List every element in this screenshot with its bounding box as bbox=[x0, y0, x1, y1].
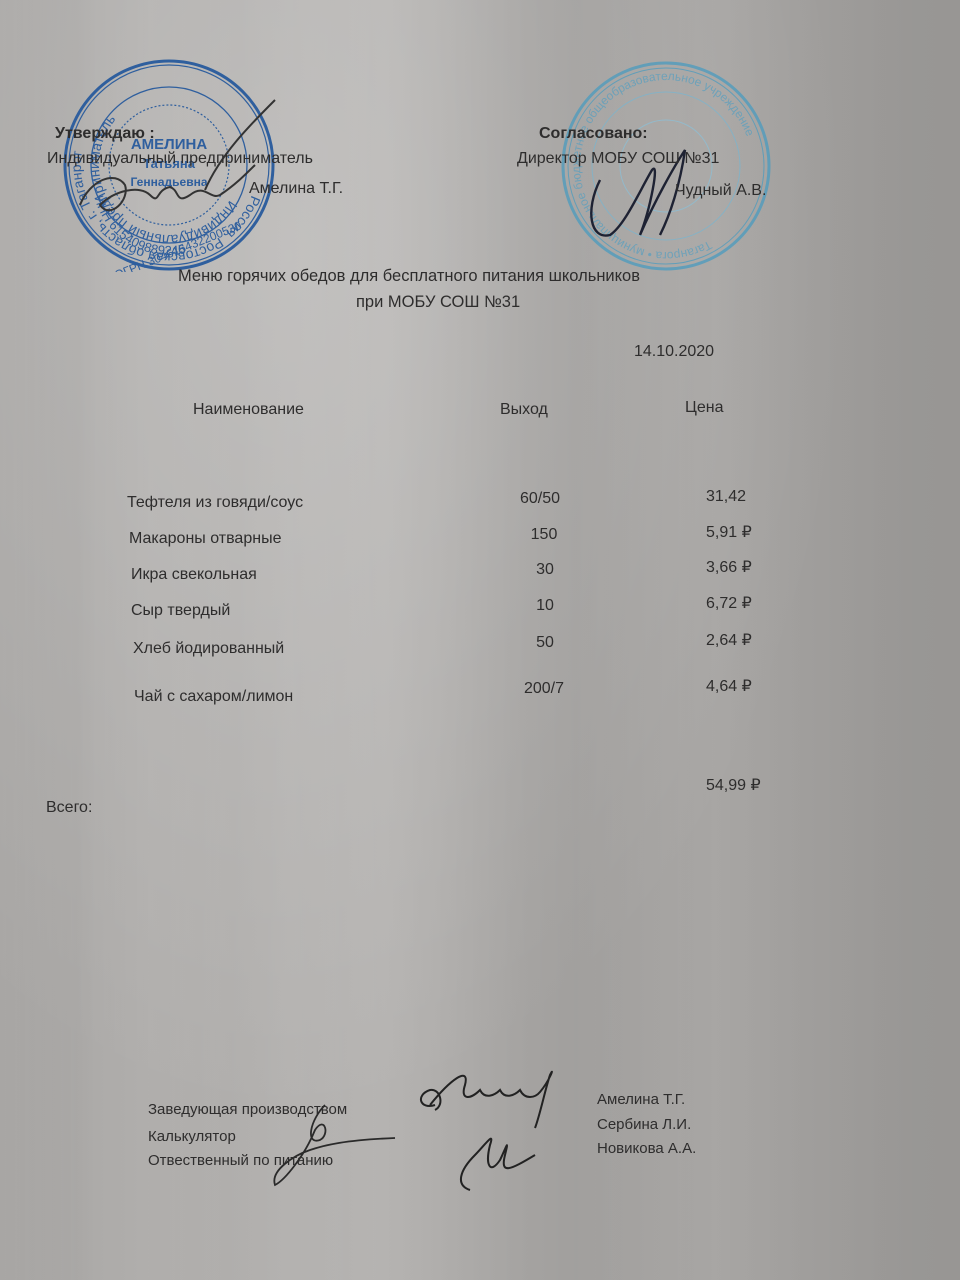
total-value: 54,99 ₽ bbox=[706, 776, 761, 796]
column-header-yield: Выход bbox=[500, 400, 548, 420]
menu-item-price: 5,91 ₽ bbox=[706, 523, 752, 543]
menu-item-name: Макароны отварные bbox=[129, 529, 281, 549]
menu-item-price: 4,64 ₽ bbox=[706, 677, 752, 697]
manager-signature bbox=[400, 1060, 580, 1130]
total-label: Всего: bbox=[46, 798, 92, 818]
svg-text:Геннадьевна: Геннадьевна bbox=[130, 175, 207, 189]
menu-item-yield: 50 bbox=[505, 633, 585, 653]
menu-item-price: 3,66 ₽ bbox=[706, 558, 752, 578]
document-date: 14.10.2020 bbox=[634, 342, 714, 362]
agree-position: Директор МОБУ СОШ №31 bbox=[517, 149, 719, 169]
approve-name: Амелина Т.Г. bbox=[249, 179, 343, 199]
signature-name-2: Новикова А.А. bbox=[597, 1139, 696, 1159]
approve-position: Индивидуальный предприниматель bbox=[47, 149, 313, 169]
menu-item-yield: 150 bbox=[504, 525, 584, 545]
document-title-line1: Меню горячих обедов для бесплатного пита… bbox=[178, 266, 640, 286]
approve-label: Утверждаю : bbox=[55, 124, 155, 144]
menu-item-yield: 60/50 bbox=[500, 489, 580, 509]
signature-name-0: Амелина Т.Г. bbox=[597, 1090, 685, 1110]
menu-item-name: Хлеб йодированный bbox=[133, 639, 284, 659]
menu-item-yield: 200/7 bbox=[504, 679, 584, 699]
column-header-price: Цена bbox=[685, 398, 723, 418]
signature-role-1: Калькулятор bbox=[148, 1127, 236, 1147]
menu-item-name: Тефтеля из говяди/соус bbox=[127, 493, 303, 513]
menu-item-name: Икра свекольная bbox=[131, 565, 257, 585]
agree-label: Согласовано: bbox=[539, 124, 648, 144]
menu-item-price: 2,64 ₽ bbox=[706, 631, 752, 651]
signature-name-1: Сербина Л.И. bbox=[597, 1115, 691, 1135]
menu-item-price: 31,42 bbox=[706, 487, 746, 507]
menu-item-yield: 10 bbox=[505, 596, 585, 616]
signature-role-0: Заведующая производством bbox=[148, 1100, 347, 1120]
nutrition-signature bbox=[440, 1115, 540, 1195]
document-title-line2: при МОБУ СОШ №31 bbox=[356, 292, 520, 312]
menu-item-name: Сыр твердый bbox=[131, 601, 230, 621]
menu-item-yield: 30 bbox=[505, 560, 585, 580]
signature-role-2: Отвественный по питанию bbox=[148, 1151, 333, 1171]
agree-name: Чудный А.В. bbox=[675, 181, 766, 201]
column-header-name: Наименование bbox=[193, 400, 304, 420]
menu-item-name: Чай с сахаром/лимон bbox=[134, 687, 293, 707]
menu-item-price: 6,72 ₽ bbox=[706, 594, 752, 614]
